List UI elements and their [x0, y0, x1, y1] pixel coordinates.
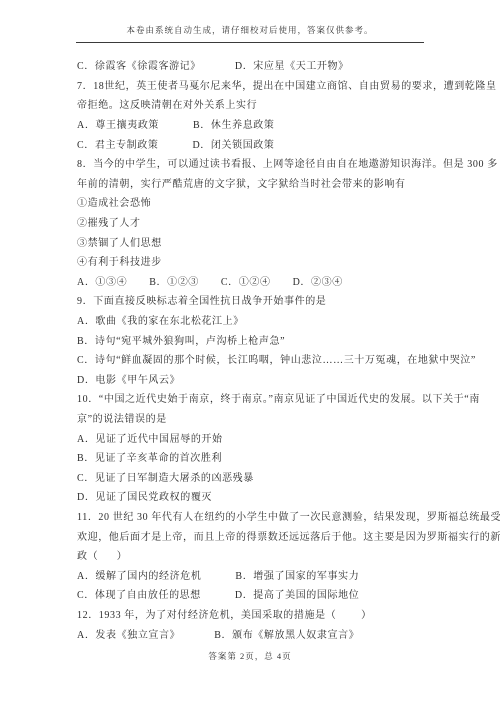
option-row-text: C．诗句“鲜血凝固的那个时候，长江呜咽，钟山悲泣……三十万冤魂，在地狱中哭泣”	[77, 351, 476, 366]
numbered-item: ④有利于科技进步	[77, 251, 437, 271]
option-row-text: B．颁布《解放黑人奴隶宣言》	[214, 626, 359, 641]
option-row: D．见证了国民党政权的覆灭	[77, 486, 437, 506]
option-row-text: C．君主专制政策	[77, 136, 158, 151]
option-row: A．歌曲《我的家在东北松花江上》	[77, 310, 437, 330]
option-row-text: D．宋应星《天工开物》	[235, 57, 349, 72]
question-stem-cont-text: 年前的清朝，实行严酷荒唐的文字狱，文字狱给当时社会带来的影响有	[77, 175, 406, 190]
option-row-text: A．尊王攘夷政策	[77, 116, 159, 131]
question-stem: 12．1933 年，为了对付经济危机，美国采取的措施是（ ）	[77, 604, 437, 624]
question-stem-cont-text: 京”的说法错误的是	[77, 410, 167, 425]
option-row-text: D．②③④	[293, 273, 343, 288]
question-stem: 7．18世纪，英王使者马戛尔尼来华，提出在中国建立商馆、自由贸易的要求，遭到乾隆…	[77, 75, 437, 95]
option-row: A．见证了近代中国屈辱的开始	[77, 427, 437, 447]
option-row-text: C．徐霞客《徐霞客游记》	[77, 57, 201, 72]
option-row-text: C．见证了日军制造大屠杀的凶恶残暴	[77, 469, 254, 484]
numbered-item-text: ④有利于科技进步	[77, 253, 162, 268]
question-stem: 11．20 世纪 30 年代有人在纽约的小学生中做了一次民意测验，结果发现，罗斯…	[77, 506, 437, 526]
question-stem-text: 11．20 世纪 30 年代有人在纽约的小学生中做了一次民意测验，结果发现，罗斯…	[77, 508, 500, 523]
question-stem-cont: 欢迎，他后面才是上帝，而且上帝的得票数还远远落后于他。这主要是因为罗斯福实行的新	[77, 525, 437, 545]
option-row-text: C．体现了自由放任的思想	[77, 586, 201, 601]
option-row: C．诗句“鲜血凝固的那个时候，长江呜咽，钟山悲泣……三十万冤魂，在地狱中哭泣”	[77, 349, 437, 369]
question-stem-text: 7．18世纪，英王使者马戛尔尼来华，提出在中国建立商馆、自由贸易的要求，遭到乾隆…	[77, 77, 497, 92]
question-stem: 9．下面直接反映标志着全国性抗日战争开始事件的是	[77, 290, 437, 310]
numbered-item-text: ③禁锢了人们思想	[77, 234, 162, 249]
question-stem-cont: 政（ ）	[77, 545, 437, 565]
option-row: A．发表《独立宣言》B．颁布《解放黑人奴隶宣言》	[77, 623, 437, 643]
question-stem-cont: 京”的说法错误的是	[77, 408, 437, 428]
question-stem-cont: 年前的清朝，实行严酷荒唐的文字狱，文字狱给当时社会带来的影响有	[77, 173, 437, 193]
option-row: C．体现了自由放任的思想D．提高了美国的国际地位	[77, 584, 437, 604]
option-row-text: A．缓解了国内的经济危机	[77, 567, 201, 582]
option-row: A．尊王攘夷政策B．休生养息政策	[77, 114, 437, 134]
exam-paper-page: 本卷由系统自动生成，请仔细校对后使用，答案仅供参考。 C．徐霞客《徐霞客游记》D…	[0, 0, 500, 707]
option-row-text: A．发表《独立宣言》	[77, 626, 180, 641]
option-row-text: B．诗句“宛平城外狼狗叫，卢沟桥上枪声急”	[77, 332, 285, 347]
numbered-item: ②摧残了人才	[77, 212, 437, 232]
option-row: D．电影《甲午风云》	[77, 369, 437, 389]
numbered-item-text: ②摧残了人才	[77, 214, 141, 229]
option-row: C．徐霞客《徐霞客游记》D．宋应星《天工开物》	[77, 55, 437, 75]
option-row-text: B．增强了国家的军事实力	[235, 567, 359, 582]
numbered-item: ①造成社会恐怖	[77, 192, 437, 212]
question-stem-text: 9．下面直接反映标志着全国性抗日战争开始事件的是	[77, 292, 326, 307]
option-row-text: D．见证了国民党政权的覆灭	[77, 488, 212, 503]
question-stem-text: 12．1933 年，为了对付经济危机，美国采取的措施是（ ）	[77, 606, 372, 621]
question-stem: 10．“中国之近代史始于南京，终于南京。”南京见证了中国近代史的发展。以下关于“…	[77, 388, 437, 408]
option-row-text: D．提高了美国的国际地位	[235, 586, 359, 601]
numbered-item-text: ①造成社会恐怖	[77, 194, 151, 209]
option-row: B．见证了辛亥革命的首次胜利	[77, 447, 437, 467]
option-row-text: A．见证了近代中国屈辱的开始	[77, 430, 223, 445]
option-row-text: B．见证了辛亥革命的首次胜利	[77, 449, 222, 464]
option-row-text: B．休生养息政策	[193, 116, 274, 131]
option-row-text: C．①②④	[221, 273, 271, 288]
question-stem-cont: 帝拒绝。这反映清朝在对外关系上实行	[77, 94, 437, 114]
option-row: A．①③④B．①②③C．①②④D．②③④	[77, 271, 437, 291]
question-stem-cont-text: 政（ ）	[77, 547, 127, 562]
question-stem-cont-text: 欢迎，他后面才是上帝，而且上帝的得票数还远远落后于他。这主要是因为罗斯福实行的新	[77, 528, 500, 543]
document-lines: C．徐霞客《徐霞客游记》D．宋应星《天工开物》7．18世纪，英王使者马戛尔尼来华…	[0, 43, 437, 643]
question-stem: 8．当今的中学生，可以通过读书看报、上网等途径自由自在地遨游知识海洋。但是 30…	[77, 153, 437, 173]
header-note: 本卷由系统自动生成，请仔细校对后使用，答案仅供参考。	[0, 0, 500, 36]
option-row-text: A．歌曲《我的家在东北松花江上》	[77, 312, 244, 327]
option-row: C．君主专制政策D．闭关锁国政策	[77, 133, 437, 153]
option-row-text: A．①③④	[77, 273, 127, 288]
option-row-text: D．电影《甲午风云》	[77, 371, 180, 386]
question-stem-text: 8．当今的中学生，可以通过读书看报、上网等途径自由自在地遨游知识海洋。但是 30…	[77, 155, 498, 170]
option-row-text: D．闭关锁国政策	[192, 136, 274, 151]
footer-page-info: 答案第 2页，总 4页	[0, 650, 500, 662]
question-stem-text: 10．“中国之近代史始于南京，终于南京。”南京见证了中国近代史的发展。以下关于“…	[77, 390, 480, 405]
option-row-text: B．①②③	[149, 273, 199, 288]
question-stem-cont-text: 帝拒绝。这反映清朝在对外关系上实行	[77, 96, 257, 111]
option-row: B．诗句“宛平城外狼狗叫，卢沟桥上枪声急”	[77, 329, 437, 349]
option-row: A．缓解了国内的经济危机B．增强了国家的军事实力	[77, 564, 437, 584]
numbered-item: ③禁锢了人们思想	[77, 231, 437, 251]
option-row: C．见证了日军制造大屠杀的凶恶残暴	[77, 466, 437, 486]
